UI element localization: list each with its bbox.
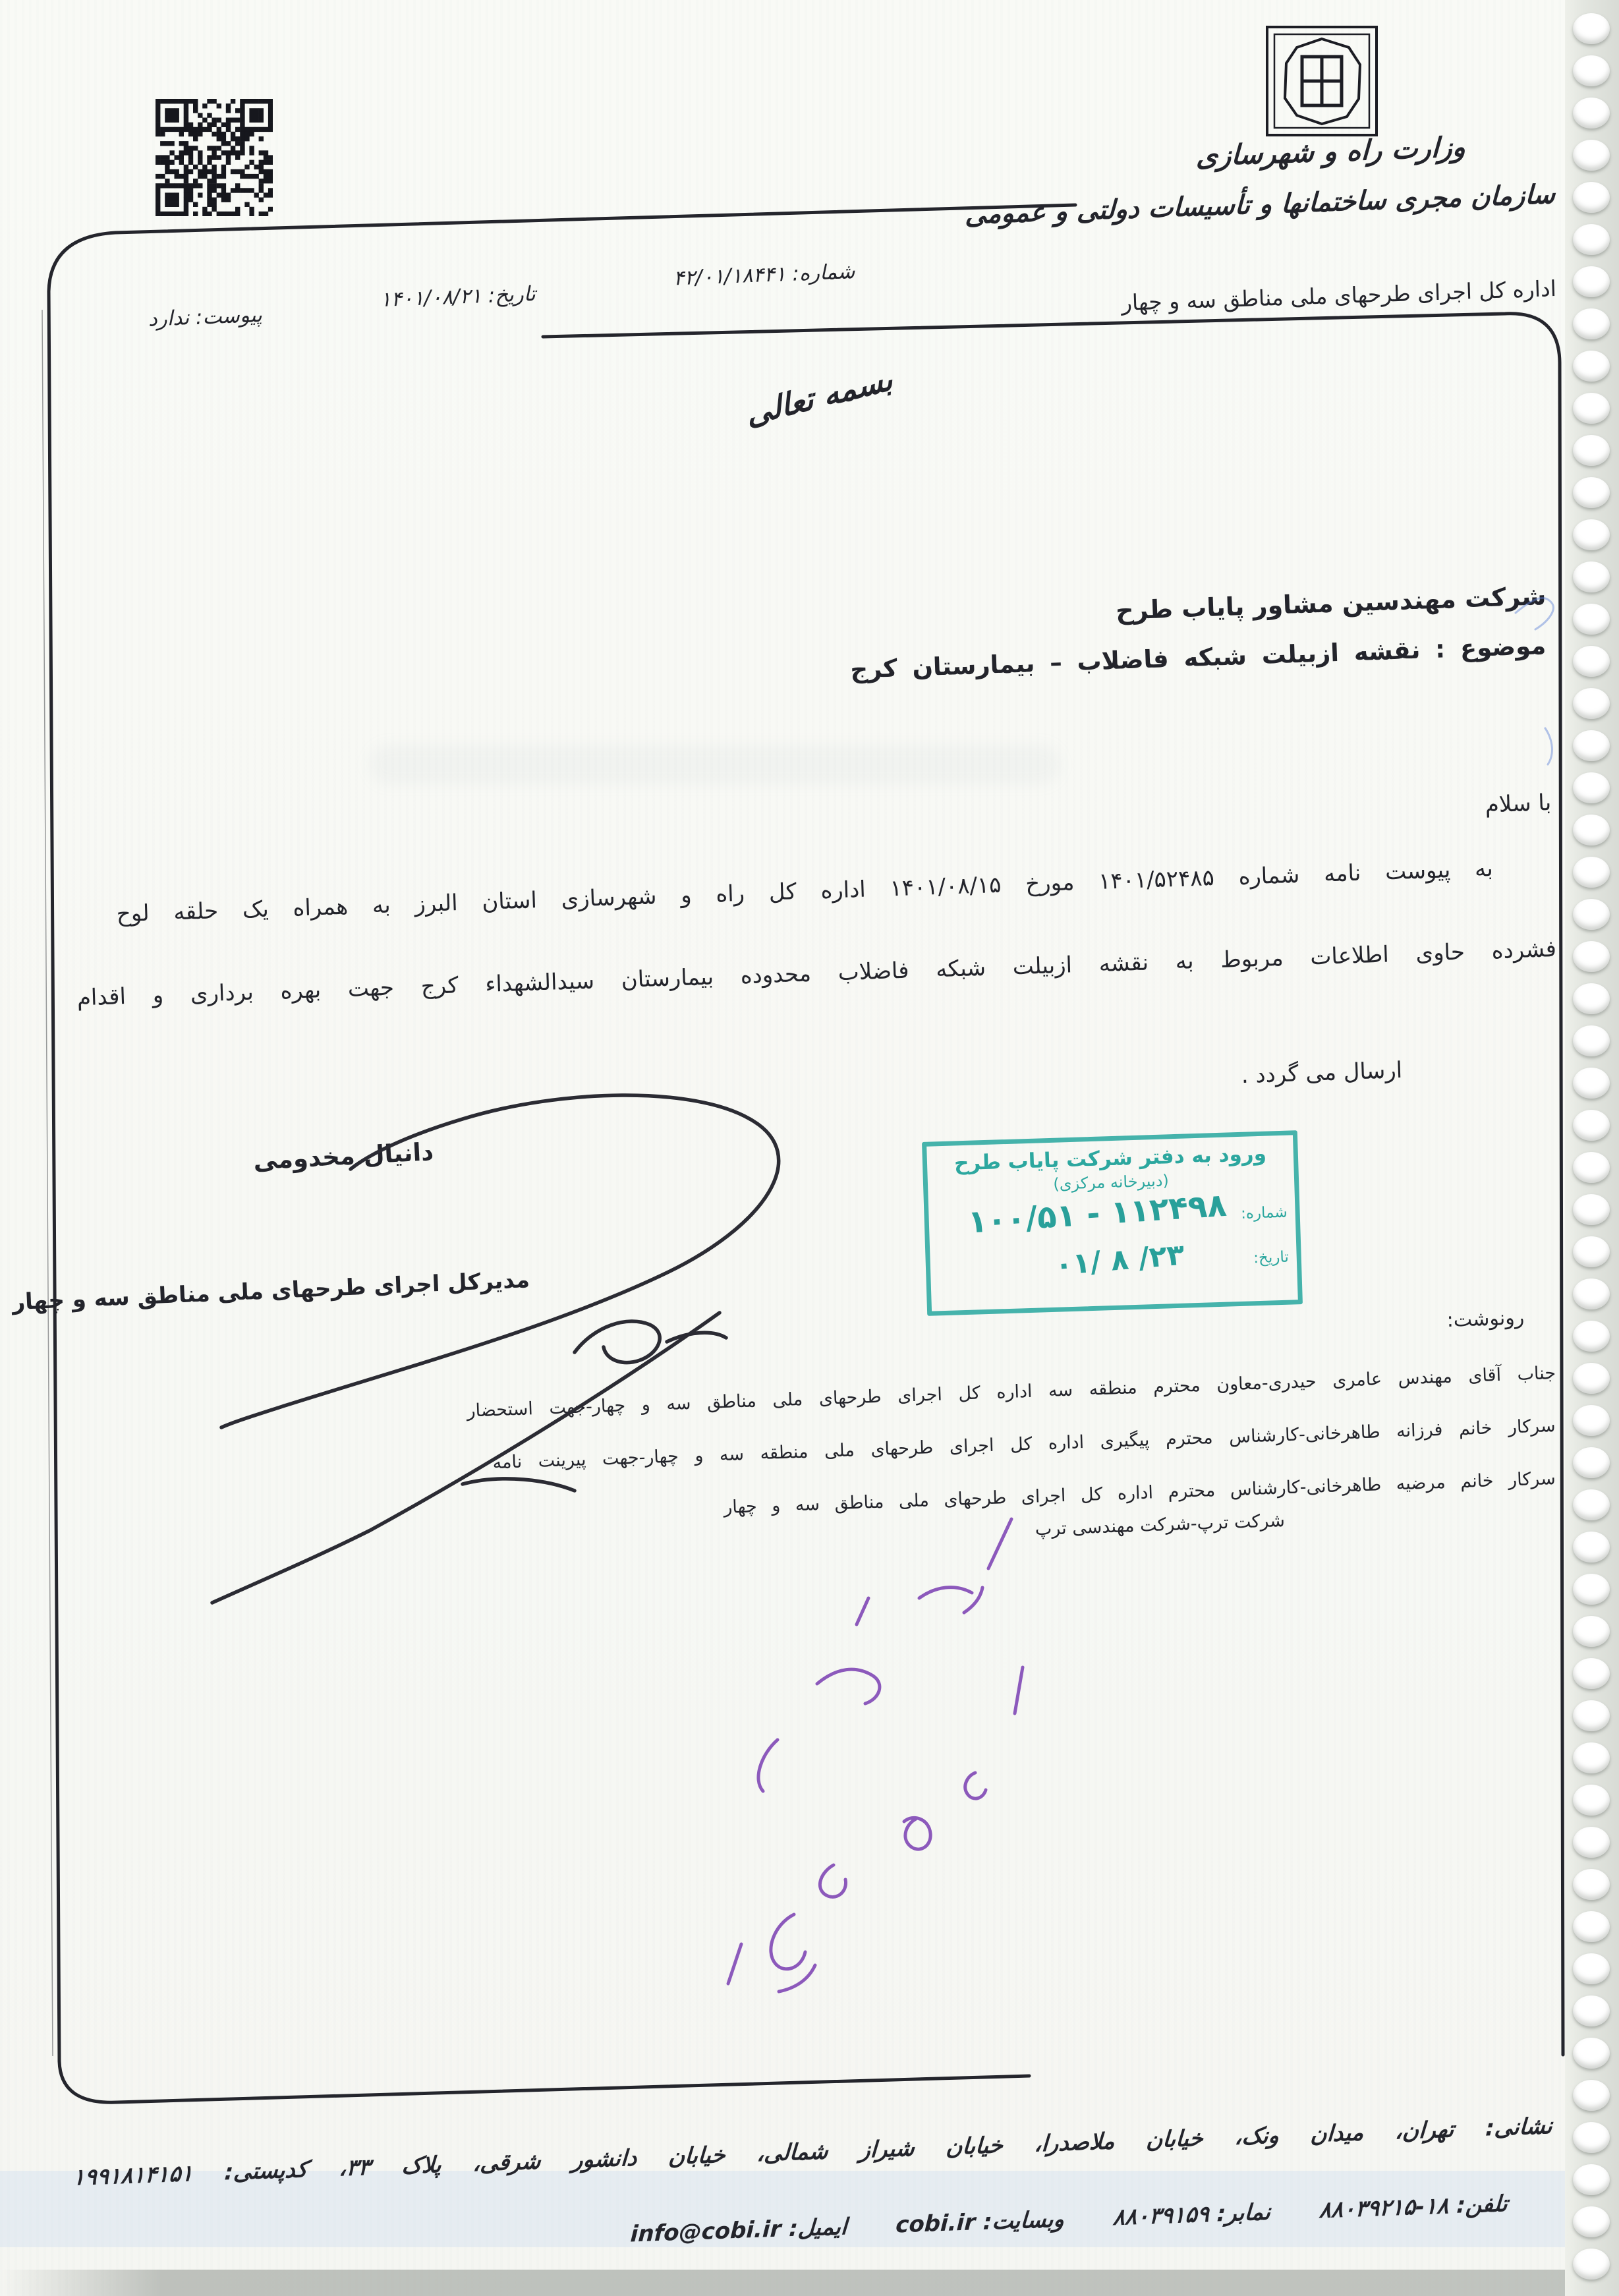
cc-label: رونوشت: (1447, 1306, 1525, 1332)
binding-hole (1573, 1447, 1610, 1478)
binding-hole (1573, 1025, 1610, 1056)
binding-hole (1573, 1995, 1610, 2026)
field-attachment: پیوست: ندارد (148, 303, 262, 331)
qr-code (156, 99, 273, 216)
binding-hole (1573, 2122, 1610, 2153)
binding-hole (1573, 1194, 1610, 1225)
binding-hole (1573, 1911, 1610, 1942)
binding-hole (1573, 1532, 1610, 1563)
attachment-value: ندارد (148, 306, 190, 331)
footer-fax: نمابر: ۸۸۰۳۹۱۵۹ (1112, 2199, 1271, 2231)
binding-hole (1573, 1363, 1610, 1394)
letterhead-frame (0, 0, 1619, 2296)
binding-hole (1573, 1827, 1610, 1858)
attachment-label: پیوست: (195, 303, 262, 330)
binding-hole (1573, 266, 1610, 297)
binding-hole (1573, 2038, 1610, 2069)
binding-hole (1573, 983, 1610, 1014)
binding-hole (1573, 98, 1610, 129)
binding-hole (1573, 519, 1610, 550)
stamp-date-value: ۰۱/ ۸ /۲۳ (1054, 1238, 1186, 1282)
binding-hole (1573, 2249, 1610, 2280)
binding-hole (1573, 899, 1610, 930)
ministry-logo (1265, 25, 1378, 137)
binding-hole (1573, 1742, 1610, 1773)
binding-hole (1573, 1869, 1610, 1900)
binding-hole (1573, 1953, 1610, 1984)
binding-hole (1573, 2164, 1610, 2195)
binding-hole (1573, 730, 1610, 761)
binding-hole (1573, 1278, 1610, 1309)
binding-hole (1573, 1321, 1610, 1352)
salutation: با سلام (1485, 789, 1552, 818)
binding-hole (1573, 1700, 1610, 1731)
binding-hole (1573, 815, 1610, 846)
binding-hole (1573, 604, 1610, 635)
binding-hole (1573, 561, 1610, 592)
binding-hole (1573, 1658, 1610, 1689)
binding-hole (1573, 308, 1610, 339)
binding-hole (1573, 13, 1610, 44)
binding-hole (1573, 393, 1610, 424)
binding-hole (1573, 351, 1610, 382)
scanned-letter-page: وزارت راه و شهرسازی سازمان مجری ساختمانه… (0, 0, 1619, 2296)
binding-hole (1573, 2080, 1610, 2111)
binding-hole (1573, 182, 1610, 213)
letter-date-value: ۱۴۰۱/۰۸/۲۱ (380, 284, 482, 312)
binding-strip (1565, 0, 1619, 2296)
stamp-date-label: تاریخ: (1253, 1249, 1289, 1267)
body-line-3: ارسال می گردد . (1241, 1057, 1403, 1089)
binding-hole (1573, 941, 1610, 972)
binding-hole (1573, 2206, 1610, 2237)
binding-hole (1573, 1616, 1610, 1647)
letter-number-value: ۴۲/۰۱/۱۸۴۴۱ (673, 262, 787, 291)
binding-hole (1573, 140, 1610, 171)
stamp-number-label: شماره: (1241, 1204, 1288, 1222)
letter-date-label: تاریخ: (488, 282, 536, 308)
binding-hole (1573, 857, 1610, 888)
binding-hole (1573, 646, 1610, 677)
letter-number-label: شماره: (792, 260, 855, 286)
binding-hole (1573, 1489, 1610, 1520)
binding-hole (1573, 1405, 1610, 1436)
binding-hole (1573, 1152, 1610, 1183)
binding-hole (1573, 1574, 1610, 1605)
binding-hole (1573, 224, 1610, 255)
receipt-stamp: ورود به دفتر شرکت پایاب طرح (دبیرخانه مر… (922, 1130, 1303, 1316)
binding-hole (1573, 435, 1610, 466)
binding-hole (1573, 1068, 1610, 1099)
binding-hole (1573, 1785, 1610, 1816)
binding-hole (1573, 1236, 1610, 1267)
binding-hole (1573, 1110, 1610, 1141)
binding-hole (1573, 688, 1610, 719)
binding-hole (1573, 772, 1610, 803)
binding-hole (1573, 55, 1610, 86)
binding-hole (1573, 477, 1610, 508)
